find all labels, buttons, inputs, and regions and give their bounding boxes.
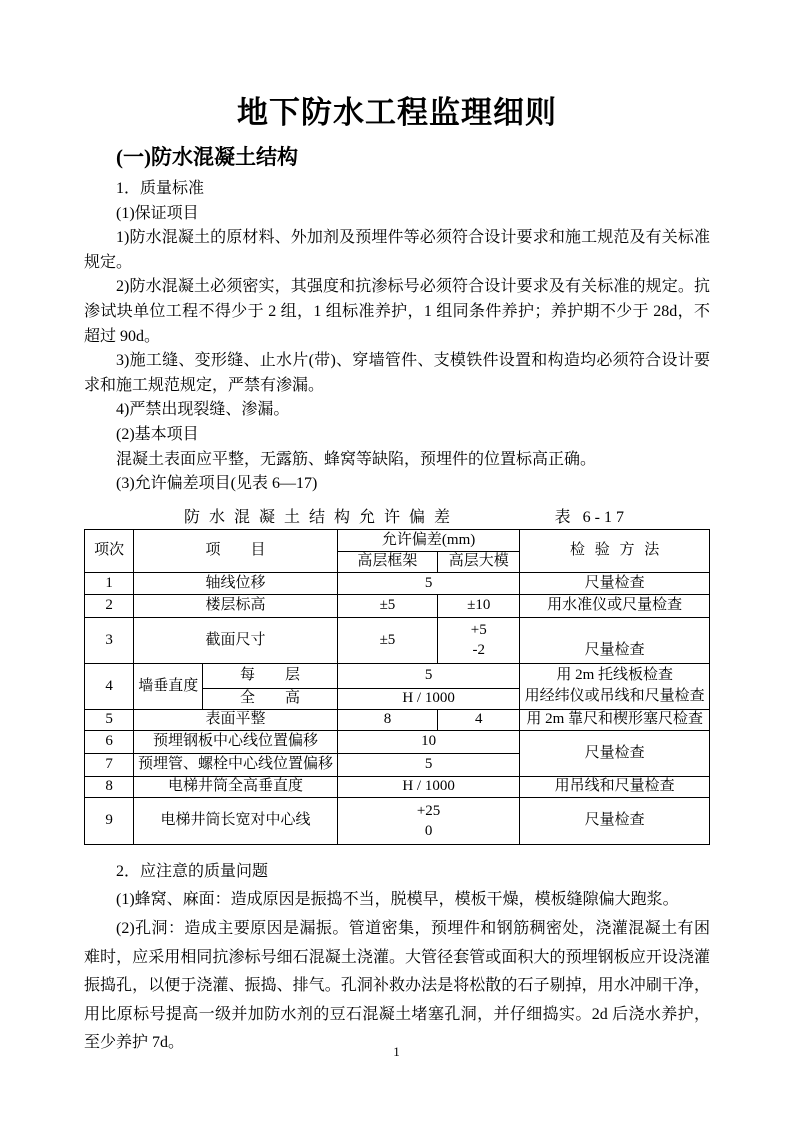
allowable-deviation-table: 项次 项 目 允许偏差(mm) 检 验 方 法 高层框架 高层大模 1 轴线位移… — [84, 529, 710, 845]
header-item-no: 项次 — [85, 529, 134, 572]
row4-method-line2: 用经纬仪或吊线和尺量检查 — [520, 686, 709, 707]
row3-deviation-frame: ±5 — [337, 617, 437, 663]
row2-method: 用水准仪或尺量检查 — [520, 594, 710, 617]
row5-method: 用 2m 靠尺和楔形塞尺检查 — [520, 709, 710, 730]
table-row: 1 轴线位移 5 尺量检查 — [85, 572, 710, 594]
page-title: 地下防水工程监理细则 — [84, 0, 710, 134]
paragraph: (1)蜂窝、麻面：造成原因是振捣不当，脱模早，模板干燥，模板缝隙偏大跑浆。 — [84, 886, 710, 915]
row3-deviation-line2: -2 — [438, 640, 519, 660]
section-1-body: 1．质量标准 (1)保证项目 1)防水混凝土的原材料、外加剂及预埋件等必须符合设… — [84, 177, 710, 497]
table-row: 2 楼层标高 ±5 ±10 用水准仪或尺量检查 — [85, 594, 710, 617]
row4-sub1-label: 每 层 — [203, 663, 337, 688]
paragraph: 1．质量标准 — [84, 177, 710, 202]
document-content: 地下防水工程监理细则 (一)防水混凝土结构 1．质量标准 (1)保证项目 1)防… — [84, 0, 710, 1058]
row6-item: 预埋钢板中心线位置偏移 — [134, 730, 338, 753]
header-allowable-deviation: 允许偏差(mm) — [337, 529, 520, 551]
row9-deviation-line1: +25 — [338, 801, 520, 821]
paragraph: 混凝土表面应平整，无露筋、蜂窝等缺陷，预埋件的位置标高正确。 — [84, 448, 710, 473]
row3-deviation-bigform: +5 -2 — [438, 617, 520, 663]
header-highrise-frame: 高层框架 — [337, 551, 437, 572]
header-inspection-method: 检 验 方 法 — [520, 529, 710, 572]
row2-deviation-frame: ±5 — [337, 594, 437, 617]
table-row: 3 截面尺寸 ±5 +5 -2 尺量检查 — [85, 617, 710, 663]
row4-method: 用 2m 托线板检查 用经纬仪或吊线和尺量检查 — [520, 663, 710, 709]
row6-7-method: 尺量检查 — [520, 730, 710, 776]
paragraph: 1)防水混凝土的原材料、外加剂及预埋件等必须符合设计要求和施工规范及有关标准规定… — [84, 226, 710, 275]
row9-method: 尺量检查 — [520, 797, 710, 844]
row1-no: 1 — [85, 572, 134, 594]
row4-sub2-deviation: H / 1000 — [337, 688, 520, 709]
row5-deviation-frame: 8 — [337, 709, 437, 730]
table-row: 5 表面平整 8 4 用 2m 靠尺和楔形塞尺检查 — [85, 709, 710, 730]
table-row: 6 预埋钢板中心线位置偏移 10 尺量检查 — [85, 730, 710, 753]
table-caption: 防 水 混 凝 土 结 构 允 许 偏 差 — [184, 504, 450, 527]
header-item: 项 目 — [134, 529, 338, 572]
row4-sub1-deviation: 5 — [337, 663, 520, 688]
row3-item: 截面尺寸 — [134, 617, 338, 663]
section-1-heading: (一)防水混凝土结构 — [84, 142, 710, 172]
paragraph: (1)保证项目 — [84, 202, 710, 227]
row2-no: 2 — [85, 594, 134, 617]
row8-method: 用吊线和尺量检查 — [520, 776, 710, 797]
row9-deviation-line2: 0 — [338, 821, 520, 841]
row3-deviation-line1: +5 — [438, 620, 519, 640]
section-2-body: 2．应注意的质量问题 (1)蜂窝、麻面：造成原因是振捣不当，脱模早，模板干燥，模… — [84, 858, 710, 1058]
table-reference-number: 表 6-17 — [555, 504, 628, 527]
row1-item: 轴线位移 — [134, 572, 338, 594]
row9-deviation: +25 0 — [337, 797, 520, 844]
header-highrise-bigform: 高层大模 — [438, 551, 520, 572]
row1-method: 尺量检查 — [520, 572, 710, 594]
row9-item: 电梯井筒长宽对中心线 — [134, 797, 338, 844]
row8-no: 8 — [85, 776, 134, 797]
row4-item: 墙垂直度 — [134, 663, 203, 709]
row2-item: 楼层标高 — [134, 594, 338, 617]
paragraph: 2)防水混凝土必须密实，其强度和抗渗标号必须符合设计要求及有关标准的规定。抗渗试… — [84, 275, 710, 349]
row5-no: 5 — [85, 709, 134, 730]
table-row: 8 电梯井筒全高垂直度 H / 1000 用吊线和尺量检查 — [85, 776, 710, 797]
paragraph: (2)基本项目 — [84, 423, 710, 448]
row7-no: 7 — [85, 753, 134, 776]
table-row: 4 墙垂直度 每 层 5 用 2m 托线板检查 用经纬仪或吊线和尺量检查 — [85, 663, 710, 688]
paragraph: (2)孔洞：造成主要原因是漏振。管道密集，预埋件和钢筋稠密处，浇灌混凝土有困难时… — [84, 915, 710, 1058]
row5-deviation-bigform: 4 — [438, 709, 520, 730]
row4-method-line1: 用 2m 托线板检查 — [520, 665, 709, 686]
row4-sub2-label: 全 高 — [203, 688, 337, 709]
row2-deviation-bigform: ±10 — [438, 594, 520, 617]
paragraph: 4)严禁出现裂缝、渗漏。 — [84, 398, 710, 423]
table-caption-row: 防 水 混 凝 土 结 构 允 许 偏 差 表 6-17 — [84, 503, 710, 529]
row7-deviation: 5 — [337, 753, 520, 776]
row1-deviation: 5 — [337, 572, 520, 594]
row7-item: 预埋管、螺栓中心线位置偏移 — [134, 753, 338, 776]
row3-no: 3 — [85, 617, 134, 663]
row8-deviation: H / 1000 — [337, 776, 520, 797]
page-number: 1 — [0, 1044, 793, 1060]
row3-method: 尺量检查 — [520, 617, 710, 663]
row4-no: 4 — [85, 663, 134, 709]
row5-item: 表面平整 — [134, 709, 338, 730]
paragraph: (3)允许偏差项目(见表 6—17) — [84, 472, 710, 497]
row8-item: 电梯井筒全高垂直度 — [134, 776, 338, 797]
document-page: 地下防水工程监理细则 (一)防水混凝土结构 1．质量标准 (1)保证项目 1)防… — [0, 0, 793, 1122]
row6-no: 6 — [85, 730, 134, 753]
paragraph: 3)施工缝、变形缝、止水片(带)、穿墙管件、支模铁件设置和构造均必须符合设计要求… — [84, 349, 710, 398]
paragraph: 2．应注意的质量问题 — [84, 858, 710, 887]
row6-deviation: 10 — [337, 730, 520, 753]
table-row: 9 电梯井筒长宽对中心线 +25 0 尺量检查 — [85, 797, 710, 844]
row9-no: 9 — [85, 797, 134, 844]
